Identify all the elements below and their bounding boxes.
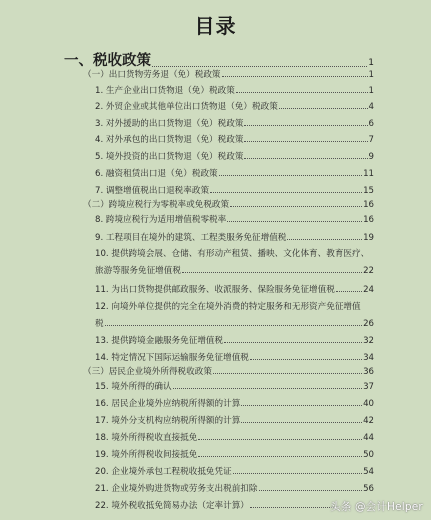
leader-dots [152, 66, 367, 67]
leader-dots [198, 456, 362, 457]
toc-label: 13. 提供跨境金融服务免征增值税 [95, 334, 223, 346]
toc-label: 旅游等服务免征增值税 [95, 264, 181, 276]
toc-label: 22. 境外税收抵免简易办法（定率计算） [95, 499, 249, 511]
toc-label: 19. 境外所得税收间接抵免 [95, 448, 197, 460]
leader-dots [198, 439, 362, 440]
leader-dots [213, 373, 362, 374]
leader-dots [182, 272, 362, 273]
toc-page-number: 1 [369, 70, 374, 80]
toc-item[interactable]: 20. 企业境外承包工程税收抵免凭证 54 [95, 465, 374, 477]
leader-dots [287, 239, 362, 240]
leader-dots [259, 490, 363, 491]
toc-label: 一、税收政策 [64, 49, 151, 70]
toc-label: 20. 企业境外承包工程税收抵免凭证 [95, 465, 232, 477]
toc-item[interactable]: 5. 境外投资的出口货物退（免）税政策 9 [95, 150, 374, 162]
toc-label: 16. 居民企业境外应纳税所得额的计算 [95, 397, 240, 409]
toc-item[interactable]: 7. 调整增值税出口退税率政策 15 [95, 184, 374, 196]
leader-dots [210, 192, 362, 193]
leader-dots [224, 342, 362, 343]
leader-dots [219, 175, 362, 176]
toc-label: 7. 调整增值税出口退税率政策 [95, 184, 209, 196]
toc-label: 6. 融资租赁出口退（免）税政策 [95, 167, 218, 179]
toc-label: 11. 为出口货物提供邮政服务、收派服务、保险服务免征增值税 [95, 283, 335, 295]
toc-page-number: 44 [363, 433, 374, 443]
page-title: 目录 [0, 10, 431, 39]
leader-dots [244, 141, 367, 142]
leader-dots [227, 221, 362, 222]
watermark: 头条 @会计Helper [330, 499, 423, 514]
leader-dots [222, 76, 368, 77]
toc-item[interactable]: 13. 提供跨境金融服务免征增值税 32 [95, 334, 374, 346]
leader-dots [233, 473, 362, 474]
toc-page-number: 40 [363, 399, 374, 409]
toc-subsection-3[interactable]: （三）居民企业境外所得税收政策 36 [83, 365, 374, 377]
toc-page-number: 42 [363, 416, 374, 426]
toc-item[interactable]: 21. 企业境外购进货物或劳务支出税前扣除 56 [95, 482, 374, 494]
toc-label: 21. 企业境外购进货物或劳务支出税前扣除 [95, 482, 258, 494]
toc-label: 15. 境外所得的确认 [95, 380, 172, 392]
toc-label: 8. 跨境应税行为适用增值税零税率 [95, 213, 226, 225]
toc-page-number: 15 [363, 186, 374, 196]
toc-page-number: 11 [363, 169, 374, 179]
toc-page-number: 7 [369, 135, 374, 145]
toc-page-number: 36 [363, 367, 374, 377]
toc-page-number: 24 [363, 285, 374, 295]
toc-label: （一）出口货物劳务退（免）税政策 [83, 68, 221, 80]
toc-item[interactable]: 税 26 [95, 317, 374, 329]
toc-page-number: 26 [363, 319, 374, 329]
toc-page-number: 34 [363, 353, 374, 363]
toc-page-number: 16 [363, 200, 374, 210]
toc-page-number: 16 [363, 215, 374, 225]
toc-page-number: 1 [368, 58, 374, 68]
toc-label: 14. 特定情况下国际运输服务免征增值税 [95, 351, 249, 363]
toc-page-number: 50 [363, 450, 374, 460]
toc-label: 1. 生产企业出口货物退（免）税政策 [95, 84, 235, 96]
toc-item[interactable]: 17. 境外分支机构应纳税所得额的计算 42 [95, 414, 374, 426]
leader-dots [244, 125, 367, 126]
leader-dots [236, 92, 368, 93]
toc-subsection-1[interactable]: （一）出口货物劳务退（免）税政策 1 [83, 68, 374, 80]
toc-item[interactable]: 22. 境外税收抵免简易办法（定率计算） [95, 499, 335, 511]
toc-item[interactable]: 8. 跨境应税行为适用增值税零税率 16 [95, 213, 374, 225]
toc-item[interactable]: 4. 对外承包的出口货物退（免）税政策 7 [95, 133, 374, 145]
toc-item[interactable]: 14. 特定情况下国际运输服务免征增值税 34 [95, 351, 374, 363]
toc-item[interactable]: 9. 工程项目在境外的建筑、工程类服务免征增值税 19 [95, 231, 374, 243]
toc-page-number: 37 [363, 382, 374, 392]
document-page: 目录 一、税收政策 1 （一）出口货物劳务退（免）税政策 1 1. 生产企业出口… [0, 0, 431, 520]
leader-dots [279, 108, 368, 109]
toc-label: （二）跨境应税行为零税率或免税政策 [83, 198, 229, 210]
toc-item[interactable]: 旅游等服务免征增值税 22 [95, 264, 374, 276]
toc-label: 4. 对外承包的出口货物退（免）税政策 [95, 133, 243, 145]
leader-dots [250, 507, 334, 508]
toc-item-line1[interactable]: 10. 提供跨境会展、仓储、有形动产租赁、播映、文化体育、教育医疗、 [95, 247, 369, 259]
toc-item[interactable]: 16. 居民企业境外应纳税所得额的计算 40 [95, 397, 374, 409]
toc-page-number: 6 [369, 119, 374, 129]
toc-page-number: 54 [363, 467, 374, 477]
leader-dots [244, 158, 367, 159]
leader-dots [241, 405, 362, 406]
toc-item-line1[interactable]: 12. 向境外单位提供的完全在境外消费的特定服务和无形资产免征增值 [95, 300, 361, 312]
leader-dots [241, 422, 362, 423]
toc-label: （三）居民企业境外所得税收政策 [83, 365, 212, 377]
toc-item[interactable]: 15. 境外所得的确认 37 [95, 380, 374, 392]
leader-dots [230, 206, 362, 207]
toc-label: 税 [95, 317, 104, 329]
toc-item[interactable]: 6. 融资租赁出口退（免）税政策 11 [95, 167, 374, 179]
toc-label: 17. 境外分支机构应纳税所得额的计算 [95, 414, 240, 426]
leader-dots [336, 291, 362, 292]
leader-dots [173, 388, 363, 389]
toc-item[interactable]: 11. 为出口货物提供邮政服务、收派服务、保险服务免征增值税 24 [95, 283, 374, 295]
toc-label: 3. 对外援助的出口货物退（免）税政策 [95, 117, 243, 129]
toc-label: 5. 境外投资的出口货物退（免）税政策 [95, 150, 243, 162]
toc-page-number: 9 [369, 152, 374, 162]
toc-label: 9. 工程项目在境外的建筑、工程类服务免征增值税 [95, 231, 286, 243]
leader-dots [250, 359, 362, 360]
toc-label: 2. 外贸企业或其他单位出口货物退（免）税政策 [95, 100, 278, 112]
toc-page-number: 32 [363, 336, 374, 346]
toc-page-number: 56 [363, 484, 374, 494]
toc-page-number: 19 [363, 233, 374, 243]
toc-page-number: 4 [369, 102, 374, 112]
toc-item[interactable]: 1. 生产企业出口货物退（免）税政策 1 [95, 84, 374, 96]
toc-item[interactable]: 18. 境外所得税收直接抵免 44 [95, 431, 374, 443]
toc-page-number: 22 [363, 266, 374, 276]
toc-section-tax-policy[interactable]: 一、税收政策 1 [64, 49, 374, 70]
toc-item[interactable]: 3. 对外援助的出口货物退（免）税政策 6 [95, 117, 374, 129]
leader-dots [105, 325, 362, 326]
toc-page-number: 1 [369, 86, 374, 96]
toc-item[interactable]: 2. 外贸企业或其他单位出口货物退（免）税政策 4 [95, 100, 374, 112]
toc-subsection-2[interactable]: （二）跨境应税行为零税率或免税政策 16 [83, 198, 374, 210]
toc-item[interactable]: 19. 境外所得税收间接抵免 50 [95, 448, 374, 460]
toc-label: 18. 境外所得税收直接抵免 [95, 431, 197, 443]
